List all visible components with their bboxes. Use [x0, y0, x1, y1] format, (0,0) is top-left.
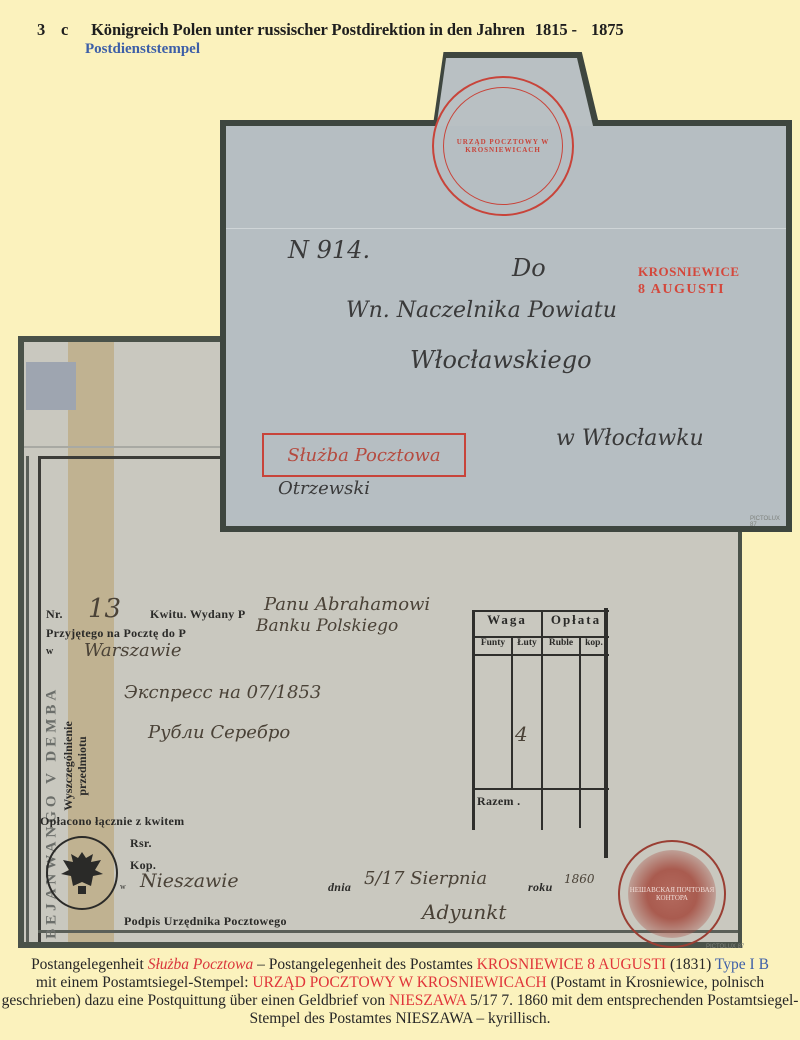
w-value: Warszawie	[84, 640, 182, 661]
krosniewice-seal-text: URZĄD POCZTOWY W KROSNIEWICACH	[443, 87, 563, 205]
table-entry: 4	[515, 722, 528, 746]
sender-signature: Otrzewski	[278, 478, 370, 499]
table-subheader-luty: Łuty	[513, 638, 541, 654]
section-letter: c	[61, 20, 87, 40]
krosniewice-seal-stamp: URZĄD POCZTOWY W KROSNIEWICACH	[432, 76, 574, 216]
table-subheader-ruble: Ruble	[543, 638, 579, 654]
address-line-2: Wn. Naczelnika Powiatu	[346, 298, 617, 323]
caption-seal-name: URZĄD POCZTOWY W KROSNIEWICACH	[252, 974, 546, 991]
caption-type: Type I B	[715, 956, 769, 973]
table-header-oplata: Opłata	[543, 612, 609, 634]
caption-text-2: – Postangelegenheit des Postamtes	[257, 956, 473, 973]
page-header: 3 c Königreich Polen unter russischer Po…	[37, 20, 757, 40]
roku-label: roku	[528, 880, 553, 895]
caption: Postangelegenheit Służba Pocztowa – Post…	[0, 956, 800, 1028]
service-stamp: Służba Pocztowa	[262, 433, 466, 477]
caption-town-2: NIESZAWA	[389, 992, 466, 1009]
eagle-emblem-icon	[46, 836, 118, 910]
paid-label: Opłacono łącznie z kwitem	[40, 814, 184, 829]
nr-value: 13	[88, 594, 121, 624]
year-end: 1875	[591, 20, 624, 39]
year-value: 1860	[564, 872, 595, 886]
fold-line	[226, 228, 786, 229]
town-stamp-line-1: KROSNIEWICE	[638, 264, 740, 280]
page-subtitle: Postdienststempel	[85, 41, 200, 58]
dnia-label: dnia	[328, 880, 351, 895]
table-subheader-funty: Funty	[475, 638, 511, 654]
w-label: w	[46, 646, 54, 657]
total-label: Razem .	[477, 794, 520, 809]
letter-number: N 914.	[288, 236, 370, 264]
receipt-printer-mark: PICTOLUX 87	[706, 944, 744, 950]
nieszawa-seal-stamp: НЕШАВСКАЯ ПОЧТОВАЯ КОНТОРА	[618, 840, 726, 948]
caption-year: (1831)	[670, 956, 711, 973]
weight-fee-table: Waga Opłata Funty Łuty Ruble kop. 4 Raze…	[472, 610, 609, 830]
form-border-left	[38, 456, 41, 942]
address-line-4: w Włocławku	[556, 426, 704, 451]
caption-stamp-name: Służba Pocztowa	[148, 956, 254, 973]
date-value: 5/17 Sierpnia	[364, 868, 487, 889]
kwitu-value: Panu Abrahamowi	[264, 594, 430, 615]
przyjetego-value: Banku Polskiego	[256, 616, 398, 636]
nr-label: Nr.	[46, 607, 63, 622]
page-title: 3 c Königreich Polen unter russischer Po…	[37, 20, 757, 40]
town-stamp-line-2: 8 AUGUSTI	[638, 282, 725, 298]
section-number: 3	[37, 20, 57, 40]
year-start: 1815 -	[535, 20, 577, 39]
item-line-2: Рубли Серебро	[148, 722, 290, 743]
address-line-3: Włocławskiego	[410, 346, 592, 374]
kwitu-label: Kwitu. Wydany P	[150, 607, 246, 622]
title-text: Königreich Polen unter russischer Postdi…	[91, 20, 525, 39]
signature-value: Adyunkt	[422, 900, 506, 924]
rsr-label: Rsr.	[130, 836, 152, 851]
place-prefix: w	[120, 882, 126, 891]
caption-town-date: KROSNIEWICE 8 AUGUSTI	[477, 956, 666, 973]
przyjetego-label: Przyjętego na Pocztę do P	[46, 626, 186, 641]
torn-corner	[26, 362, 76, 410]
caption-text-1: Postangelegenheit	[31, 956, 144, 973]
form-border-outer-left	[26, 456, 29, 942]
letter-printer-mark: PICTOLUX 87	[750, 516, 786, 528]
table-right-border	[604, 608, 608, 858]
place-value: Nieszawie	[140, 870, 239, 892]
item-line-1: Экспресс на 07/1853	[124, 682, 321, 703]
address-line-1: Do	[512, 254, 546, 282]
table-header-waga: Waga	[475, 612, 539, 634]
signature-label: Podpis Urzędnika Pocztowego	[124, 914, 287, 929]
caption-text-3: mit einem Postamtsiegel-Stempel:	[36, 974, 249, 991]
nieszawa-seal-text: НЕШАВСКАЯ ПОЧТОВАЯ КОНТОРА	[628, 850, 716, 938]
